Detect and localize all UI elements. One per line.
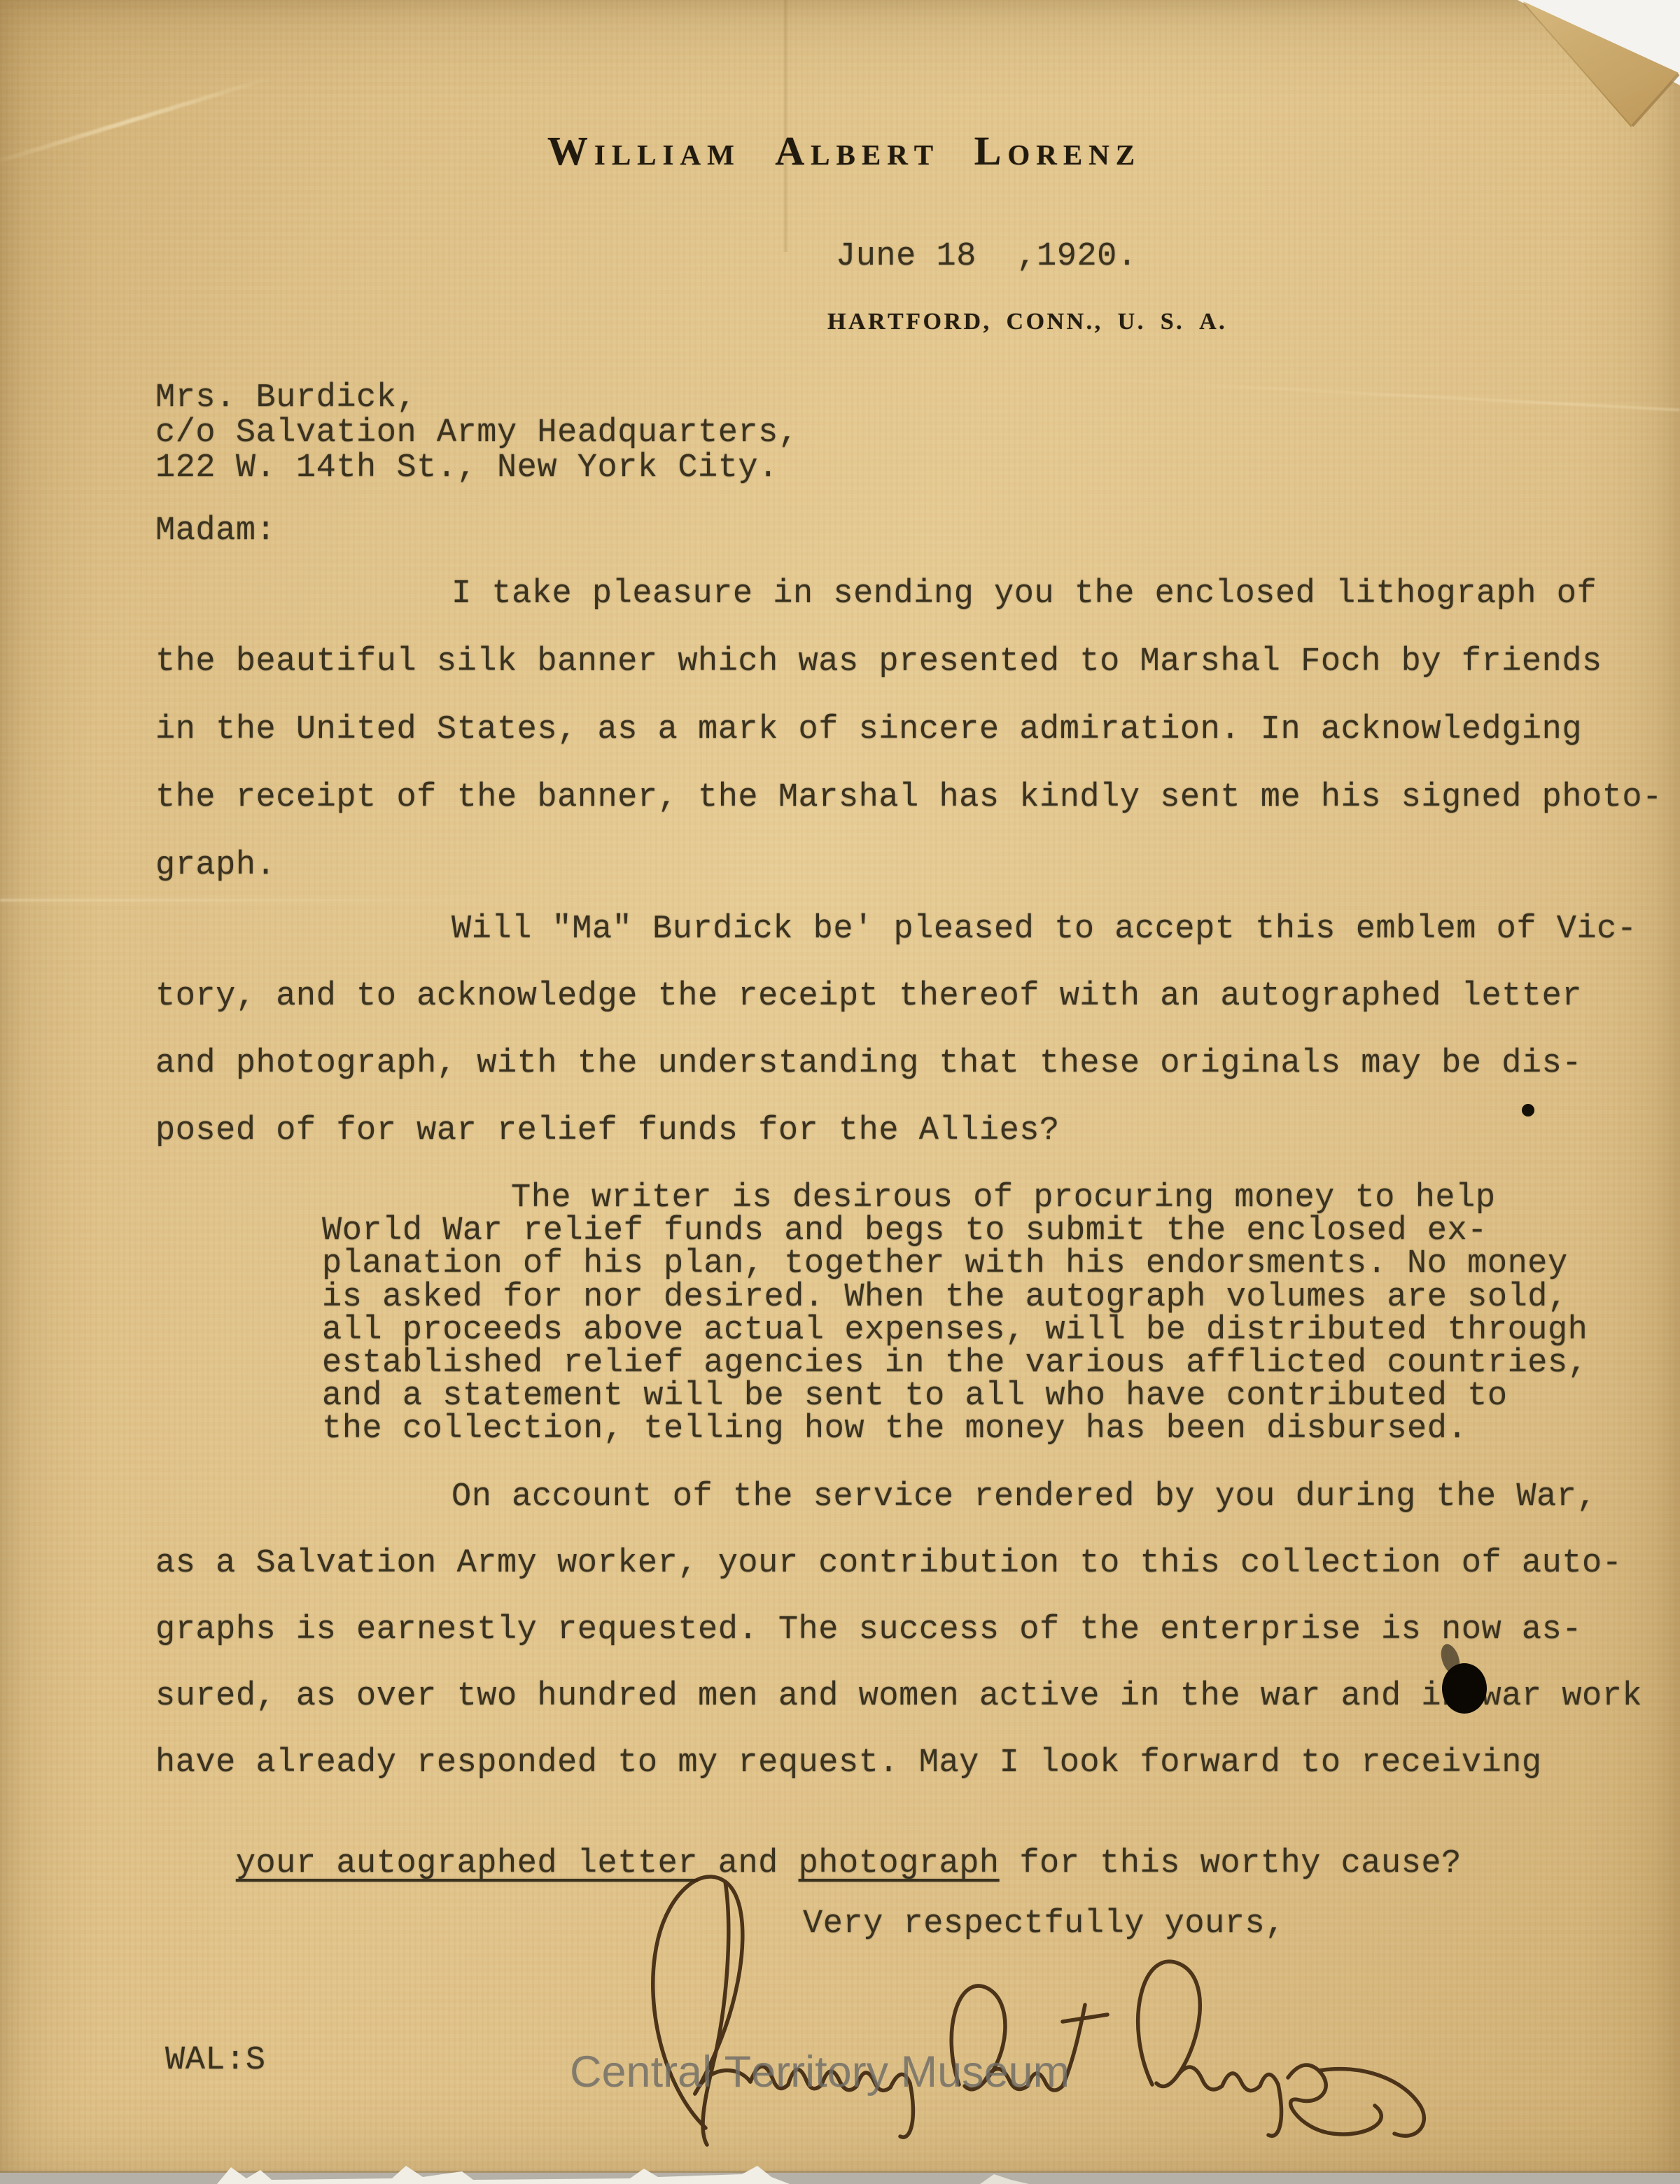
body-line: World War relief funds and begs to submi…	[322, 1213, 1487, 1249]
body-line: is asked for nor desired. When the autog…	[322, 1280, 1568, 1316]
body-line: and a statement will be sent to all who …	[322, 1378, 1508, 1415]
body-line: posed of for war relief funds for the Al…	[155, 1113, 1060, 1149]
body-line: planation of his plan, together with his…	[322, 1246, 1568, 1282]
body-line: sured, as over two hundred men and women…	[155, 1679, 1642, 1715]
body-line: in the United States, as a mark of since…	[155, 712, 1582, 748]
typist-reference: WAL:S	[165, 2043, 266, 2079]
recipient-line: c/o Salvation Army Headquarters,	[155, 415, 799, 451]
body-line: I take pleasure in sending you the enclo…	[155, 576, 1597, 612]
fold-shadow-line	[1523, 3, 1631, 126]
museum-watermark: Central Territory Museum	[570, 2047, 1070, 2097]
body-line: the collection, telling how the money ha…	[322, 1411, 1467, 1448]
body-line: as a Salvation Army worker, your contrib…	[155, 1546, 1622, 1582]
signature	[588, 1856, 1463, 2164]
recipient-line: 122 W. 14th St., New York City.	[155, 450, 778, 486]
bottom-edge-shadow	[0, 2171, 1680, 2173]
torn-paper-edge	[217, 2166, 790, 2184]
body-line: the beautiful silk banner which was pres…	[155, 644, 1602, 680]
body-line: On account of the service rendered by yo…	[155, 1479, 1597, 1515]
signature-ink-strokes	[588, 1856, 1463, 2164]
body-line: tory, and to acknowledge the receipt the…	[155, 979, 1582, 1015]
paper-crease	[1051, 375, 1680, 411]
recipient-line: Mrs. Burdick,	[155, 380, 416, 416]
letterhead-location: HARTFORD, CONN., U. S. A.	[827, 309, 1227, 335]
body-line: The writer is desirous of procuring mone…	[322, 1180, 1496, 1217]
paper-crease	[0, 899, 630, 902]
body-line: established relief agencies in the vario…	[322, 1345, 1588, 1382]
salutation: Madam:	[155, 513, 276, 549]
ink-dot	[1522, 1104, 1534, 1116]
torn-paper-edge	[980, 2174, 1029, 2184]
letterhead-name: William Albert Lorenz	[547, 127, 1141, 174]
body-line: have already responded to my request. Ma…	[155, 1745, 1542, 1781]
fold-crease-line	[1632, 74, 1679, 126]
scanner-bed-strip	[0, 2173, 1680, 2184]
scanner-background-corner	[1518, 0, 1680, 85]
body-line: graphs is earnestly requested. The succe…	[155, 1612, 1582, 1648]
body-line: Will "Ma" Burdick be' pleased to accept …	[155, 911, 1637, 948]
body-line: and photograph, with the understanding t…	[155, 1046, 1582, 1082]
letter-page: William Albert Lorenz June 18 ,1920. HAR…	[0, 0, 1680, 2184]
date-line: June 18 ,1920.	[836, 239, 1137, 275]
paper-crease	[0, 75, 274, 167]
corner-fold-flap	[1523, 1, 1679, 127]
body-line: all proceeds above actual expenses, will…	[322, 1312, 1588, 1349]
body-line: graph.	[155, 848, 276, 884]
paper-crease	[783, 0, 789, 252]
body-line: the receipt of the banner, the Marshal h…	[155, 780, 1662, 816]
